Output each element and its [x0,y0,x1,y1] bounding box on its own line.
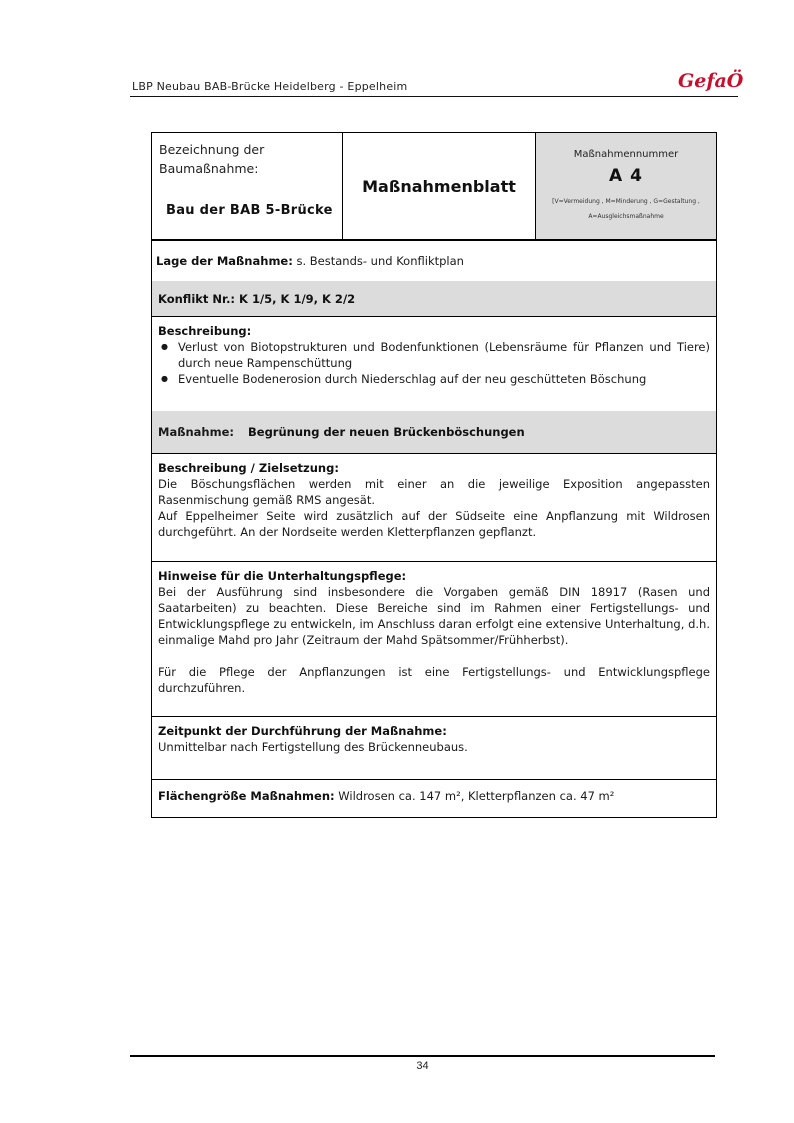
header-divider [130,96,738,97]
lage-value: s. Bestands- und Konfliktplan [293,254,464,268]
massnahmennummer-cell: Maßnahmennummer A 4 [V=Vermeidung , M=Mi… [536,133,716,239]
bezeichnung-value: Bau der BAB 5-Brücke [166,203,333,218]
zielsetzung-text-2: Auf Eppelheimer Seite wird zusätzlich au… [158,508,710,540]
zeitpunkt-label: Zeitpunkt der Durchführung der Maßnahme: [158,723,710,739]
hinweise-row: Hinweise für die Unterhaltungspflege: Be… [152,562,716,717]
list-item: Verlust von Biotopstrukturen und Bodenfu… [158,339,710,371]
company-logo: GefaÖ [678,70,743,92]
hinweise-text-1: Bei der Ausführung sind insbesondere die… [158,584,710,648]
zielsetzung-label: Beschreibung / Zielsetzung: [158,460,710,476]
list-item: Eventuelle Bodenerosion durch Niederschl… [158,371,710,387]
legend-line-1: [V=Vermeidung , M=Minderung , G=Gestaltu… [536,194,716,209]
hinweise-label: Hinweise für die Unterhaltungspflege: [158,568,710,584]
massnahme-label: Maßnahme: [158,425,248,439]
beschreibung-row: Beschreibung: Verlust von Biotopstruktur… [152,317,716,411]
zielsetzung-text-1: Die Böschungsflächen werden mit einer an… [158,476,710,508]
massnahmennummer-label: Maßnahmennummer [536,149,716,160]
massnahmennummer-value: A 4 [536,166,716,186]
document-header-title: LBP Neubau BAB-Brücke Heidelberg - Eppel… [132,80,407,93]
lage-label: Lage der Maßnahme: [156,254,293,268]
blatt-title-cell: Maßnahmenblatt [343,133,536,239]
bezeichnung-cell: Bezeichnung der Baumaßnahme: Bau der BAB… [152,133,343,239]
zielsetzung-row: Beschreibung / Zielsetzung: Die Böschung… [152,454,716,562]
flaechengroesse-value: Wildrosen ca. 147 m², Kletterpflanzen ca… [335,789,615,803]
konflikt-row: Konflikt Nr.: K 1/5, K 1/9, K 2/2 [152,281,716,317]
beschreibung-label: Beschreibung: [158,323,710,339]
flaechengroesse-row: Flächengröße Maßnahmen: Wildrosen ca. 14… [152,780,716,817]
sheet-header-row: Bezeichnung der Baumaßnahme: Bau der BAB… [152,133,716,241]
massnahmen-legend: [V=Vermeidung , M=Minderung , G=Gestaltu… [536,194,716,224]
beschreibung-list: Verlust von Biotopstrukturen und Bodenfu… [158,339,710,387]
sheet-title: Maßnahmenblatt [362,177,516,196]
hinweise-text-2: Für die Pflege der Anpflanzungen ist ein… [158,664,710,696]
massnahme-value: Begrünung der neuen Brückenböschungen [248,425,525,439]
konflikt-label: Konflikt Nr.: K 1/5, K 1/9, K 2/2 [158,292,355,306]
flaechengroesse-label: Flächengröße Maßnahmen: [158,789,335,803]
page-number: 34 [0,1060,794,1072]
zeitpunkt-row: Zeitpunkt der Durchführung der Maßnahme:… [152,717,716,780]
zeitpunkt-value: Unmittelbar nach Fertigstellung des Brüc… [158,739,710,755]
massnahmenblatt-table: Bezeichnung der Baumaßnahme: Bau der BAB… [151,132,717,818]
footer-divider [130,1055,715,1057]
massnahme-row: Maßnahme:Begrünung der neuen Brückenbösc… [152,411,716,454]
legend-line-2: A=Ausgleichsmaßnahme [536,209,716,224]
lage-row: Lage der Maßnahme: s. Bestands- und Konf… [152,241,716,281]
bezeichnung-label: Bezeichnung der Baumaßnahme: [159,140,335,178]
